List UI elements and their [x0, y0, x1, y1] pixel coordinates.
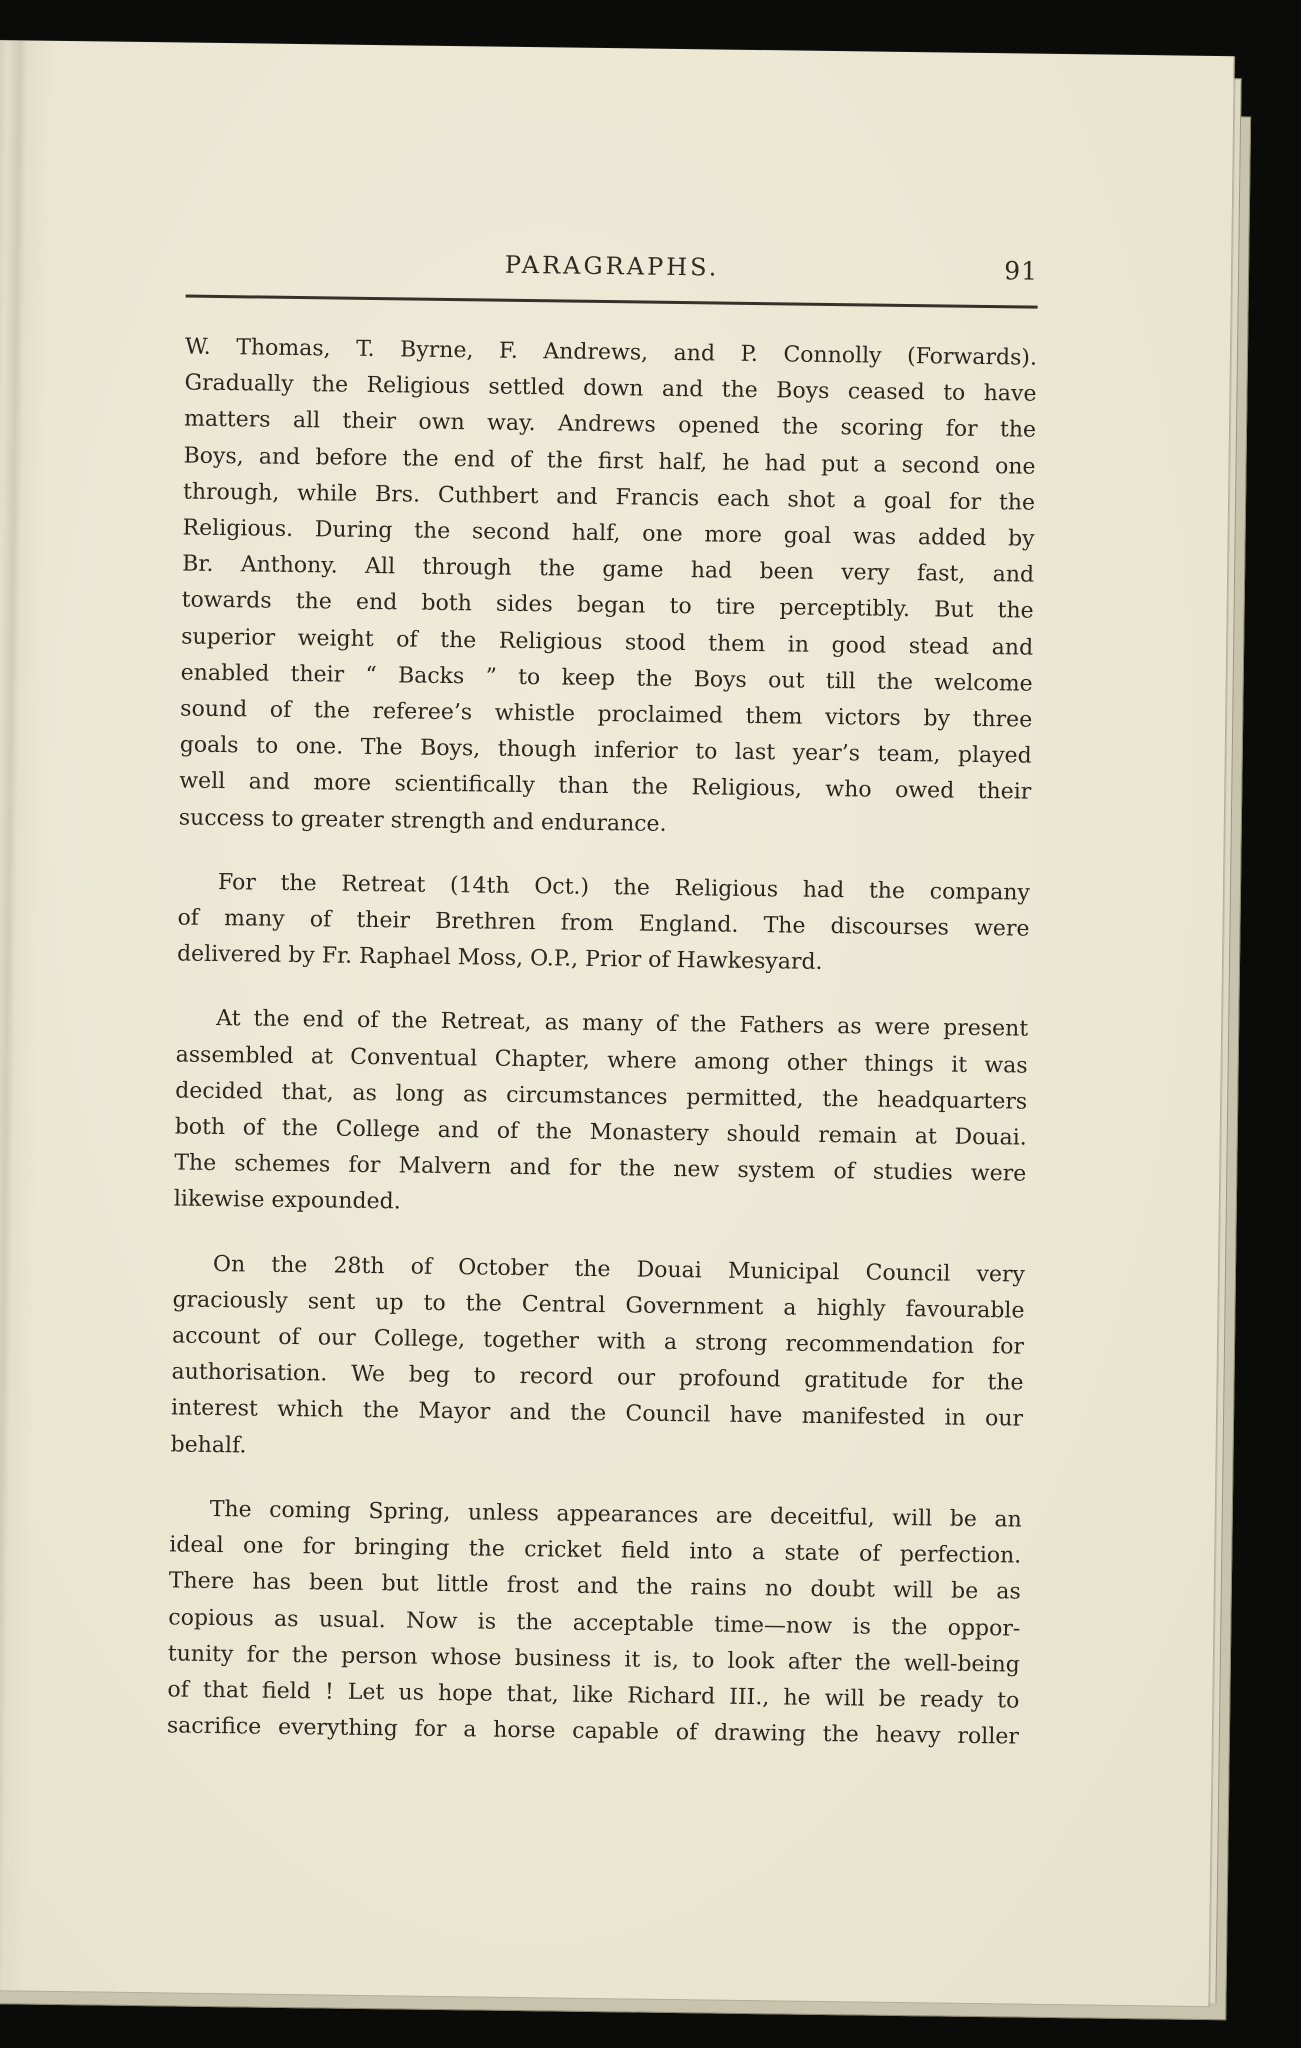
paragraph: W. Thomas, T. Byrne, F. Andrews, and P. …	[179, 330, 1038, 848]
header-rule	[186, 295, 1038, 309]
page-content: PARAGRAPHS. 91 W. Thomas, T. Byrne, F. A…	[166, 243, 1038, 1784]
book-page: PARAGRAPHS. 91 W. Thomas, T. Byrne, F. A…	[0, 40, 1235, 2006]
paragraph: At the end of the Retreat, as many of th…	[174, 1001, 1029, 1229]
page-header: PARAGRAPHS. 91	[186, 243, 1038, 290]
scan-background: { "page": { "running_title": "PARAGRAPHS…	[0, 0, 1301, 2048]
gutter-crease	[0, 40, 54, 1991]
paragraph: The coming Spring, unless appearances ar…	[167, 1491, 1022, 1756]
running-title: PARAGRAPHS.	[186, 243, 1038, 290]
paragraph: On the 28th of October the Douai Municip…	[170, 1246, 1025, 1474]
book-scan: PARAGRAPHS. 91 W. Thomas, T. Byrne, F. A…	[0, 40, 1252, 2016]
page-number: 91	[1004, 253, 1038, 289]
paragraphs: W. Thomas, T. Byrne, F. Andrews, and P. …	[167, 330, 1037, 1756]
paragraph: For the Retreat (14th Oct.) the Religiou…	[177, 864, 1030, 984]
